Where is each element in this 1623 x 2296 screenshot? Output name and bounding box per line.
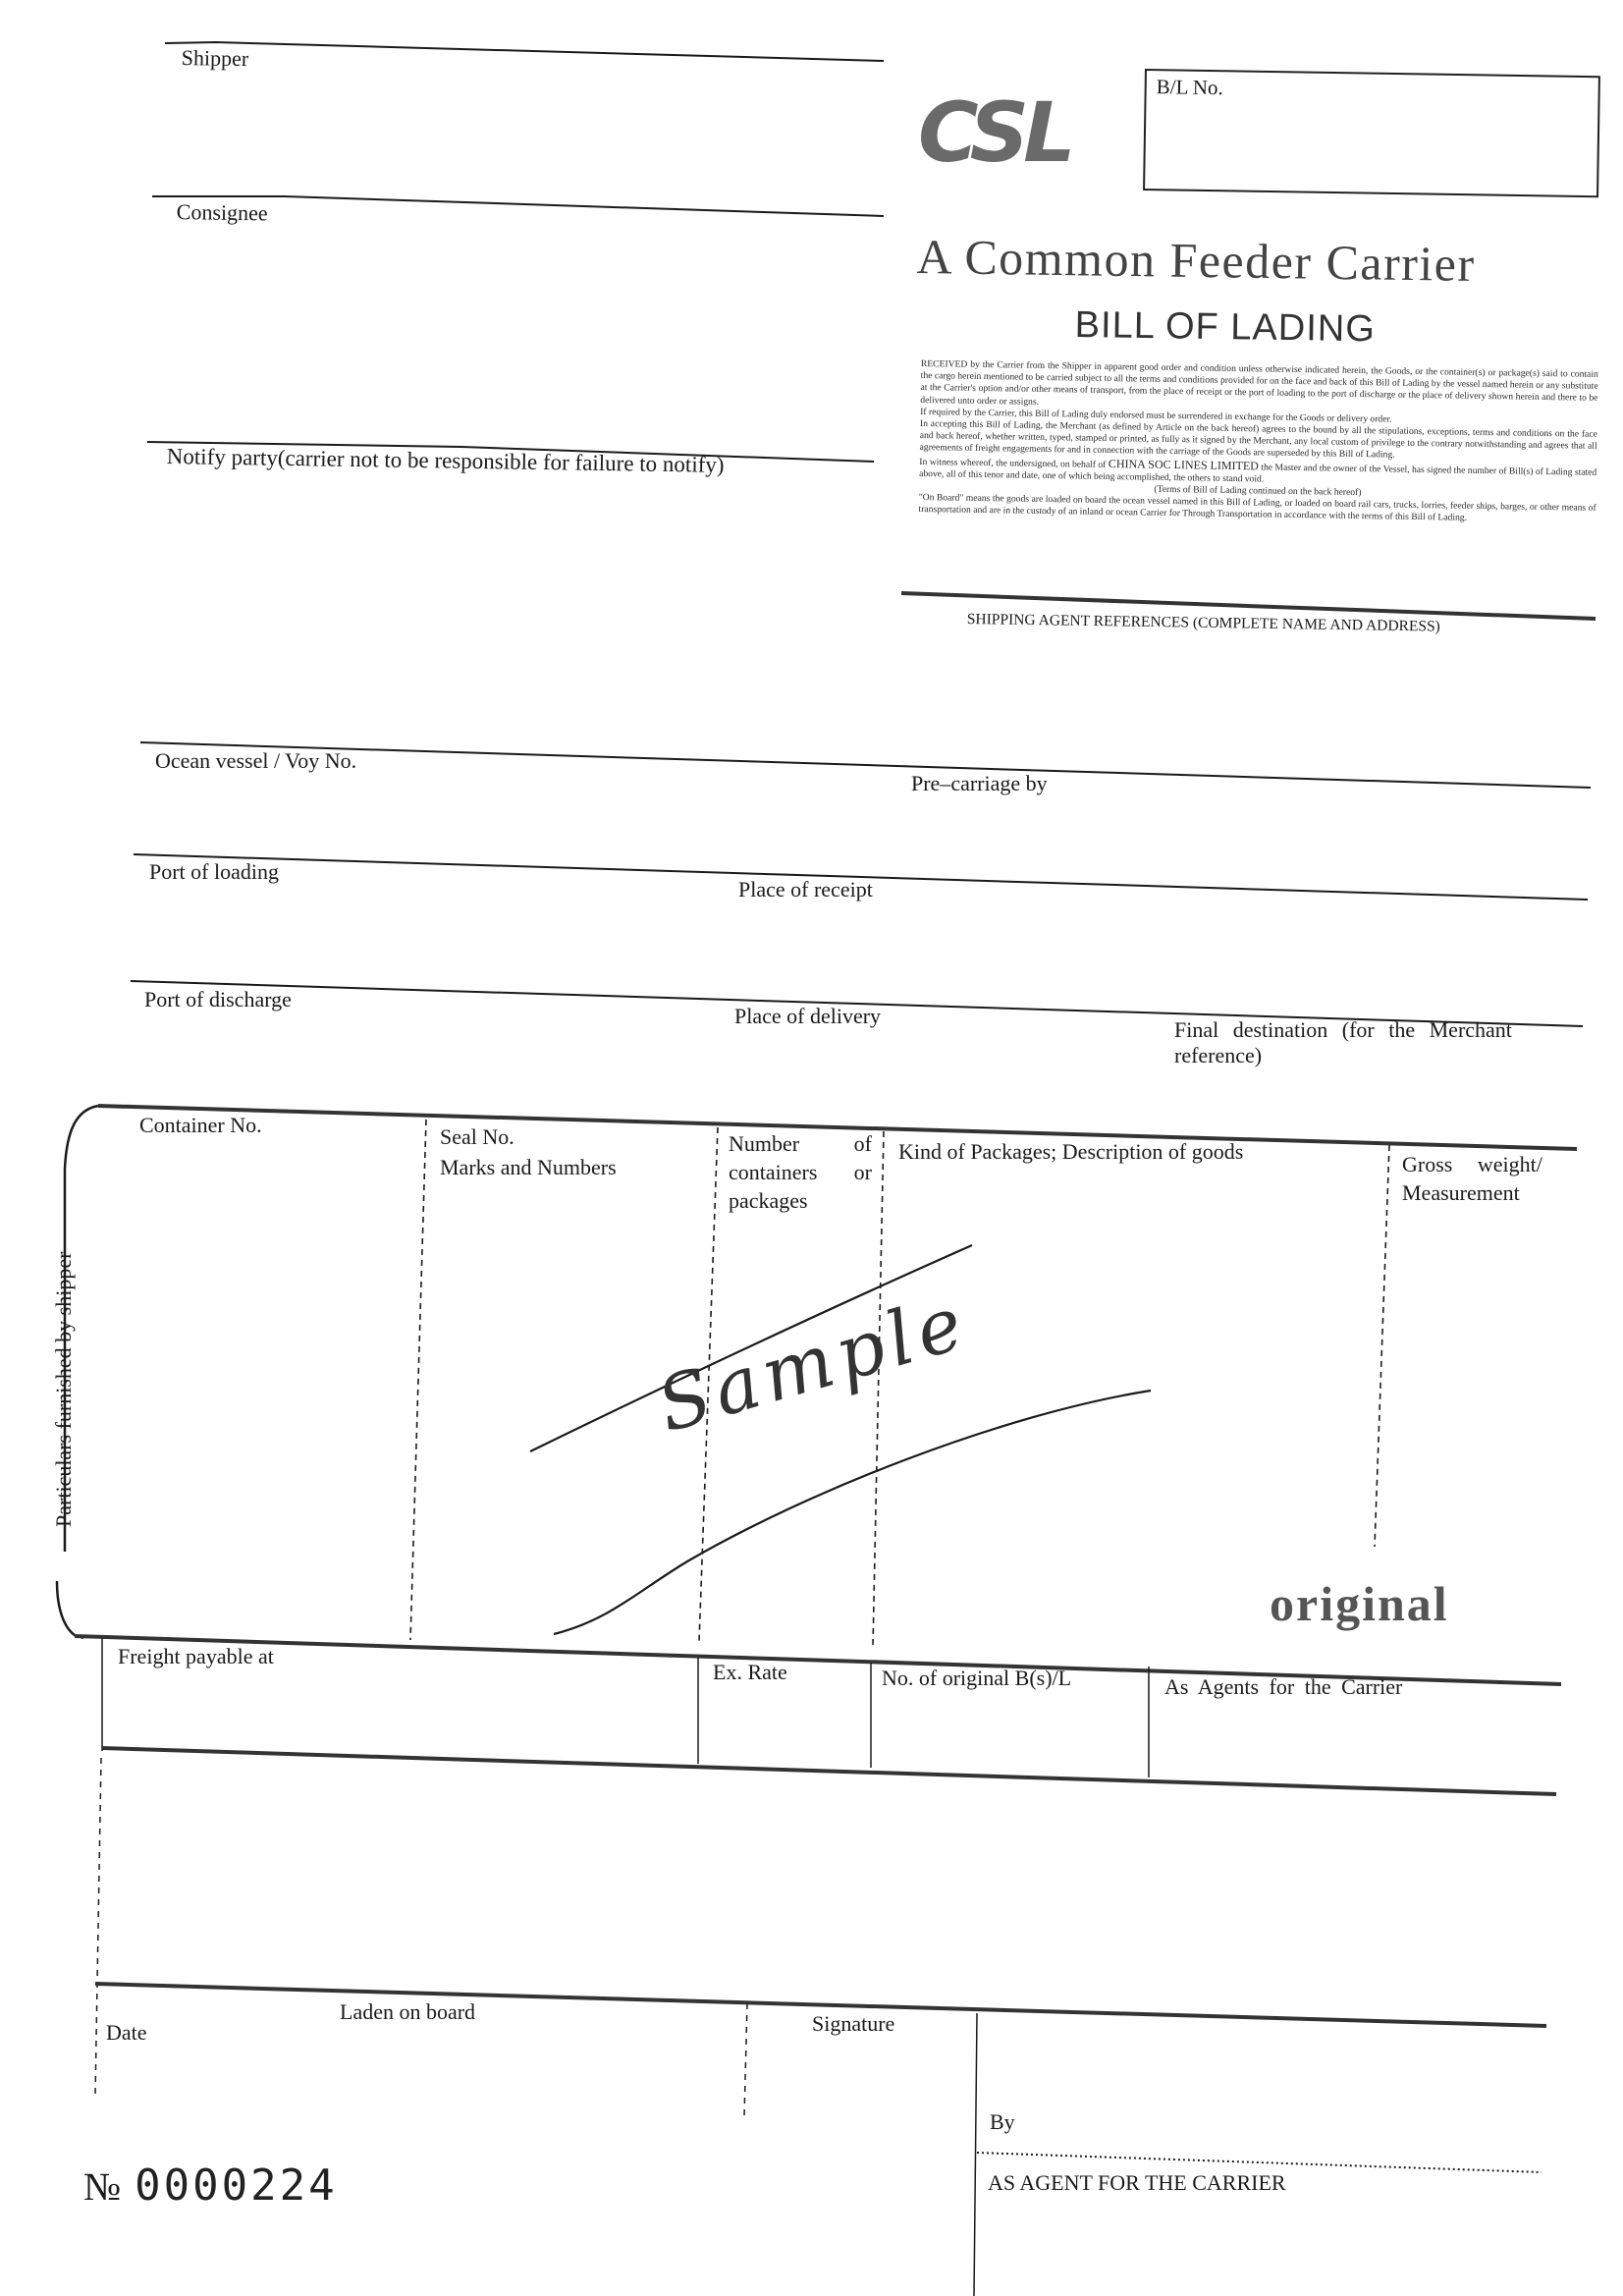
laden-on-board-date-field[interactable] [103,2052,731,2111]
description-of-goods-field[interactable] [884,1178,1375,1640]
freight-payable-at-field[interactable] [104,1674,693,1748]
pre-carriage-label: Pre–carriage by [911,771,1048,796]
laden-on-board-label: Laden on board [340,1999,475,2025]
marks-numbers-field[interactable] [422,1178,697,1630]
gross-weight-field[interactable] [1389,1218,1566,1552]
bl-number-box[interactable]: B/L No. [1143,69,1600,197]
bl-number-label: B/L No. [1157,75,1223,100]
final-destination-label: Final destination (for the Merchant refe… [1174,1017,1512,1068]
by-signature-field[interactable] [982,2043,1542,2146]
description-of-goods-header: Kind of Packages; Description of goods [898,1139,1243,1165]
logo-text: CSL [918,84,1070,181]
shipper-label: Shipper [182,45,249,72]
shipping-agent-references-label: SHIPPING AGENT REFERENCES (COMPLETE NAME… [967,611,1440,636]
port-of-loading-field[interactable] [134,889,723,972]
place-of-receipt-label: Place of receipt [738,877,873,902]
date-label: Date [106,2020,147,2046]
consignee-label: Consignee [177,199,268,226]
gross-weight-header: Gross weight/ Measurement [1402,1150,1563,1207]
container-no-field[interactable] [98,1159,412,1630]
marks-numbers-header: Seal No. Marks and Numbers [440,1121,617,1182]
document-subtitle: BILL OF LADING [1074,304,1376,351]
shipping-agent-references-field[interactable] [903,638,1591,737]
place-of-delivery-field[interactable] [731,1033,1163,1102]
original-stamp: original [1270,1575,1449,1632]
port-of-discharge-label: Port of discharge [144,987,292,1012]
particulars-side-label: Particulars furnished by shipper [51,1252,77,1527]
notify-party-label: Notify party(carrier not to be responsib… [167,444,725,478]
port-of-discharge-field[interactable] [131,1016,720,1100]
as-agents-field[interactable] [1154,1704,1556,1773]
ex-rate-field[interactable] [701,1689,868,1758]
additional-clauses-area[interactable] [104,1768,1557,1974]
number-of-packages-header: Number of containers or packages [729,1129,872,1215]
serial-number: №0000224 [83,2160,338,2211]
as-agents-label: As Agents for the Carrier [1164,1674,1402,1700]
consignee-field[interactable] [152,226,869,437]
shipper-field[interactable] [162,69,869,191]
ocean-vessel-label: Ocean vessel / Voy No. [155,748,356,774]
pre-carriage-field[interactable] [908,800,1586,879]
terms-text: RECEIVED by the Carrier from the Shipper… [918,358,1597,526]
ocean-vessel-field[interactable] [140,776,887,845]
no-original-bl-label: No. of original B(s)/L [882,1666,1071,1691]
port-of-loading-label: Port of loading [149,859,279,885]
as-agent-for-carrier-label: AS AGENT FOR THE CARRIER [988,2170,1286,2196]
document-title: A Common Feeder Carrier [916,228,1476,293]
place-of-receipt-field[interactable] [736,908,1581,987]
signature-label: Signature [812,2011,894,2037]
notify-party-field[interactable] [147,481,874,732]
csl-logo: CSL [918,81,1114,189]
numero-sign: № [83,2164,121,2209]
signature-field[interactable] [751,2043,967,2121]
no-original-bl-field[interactable] [874,1694,1144,1763]
serial-number-value: 0000224 [135,2160,337,2211]
ex-rate-label: Ex. Rate [713,1660,787,1685]
carrier-company-name: CHINA SOC LINES LIMITED [1109,457,1259,472]
container-no-header: Container No. [139,1113,262,1138]
freight-payable-at-label: Freight payable at [118,1644,274,1669]
place-of-delivery-label: Place of delivery [734,1004,881,1029]
